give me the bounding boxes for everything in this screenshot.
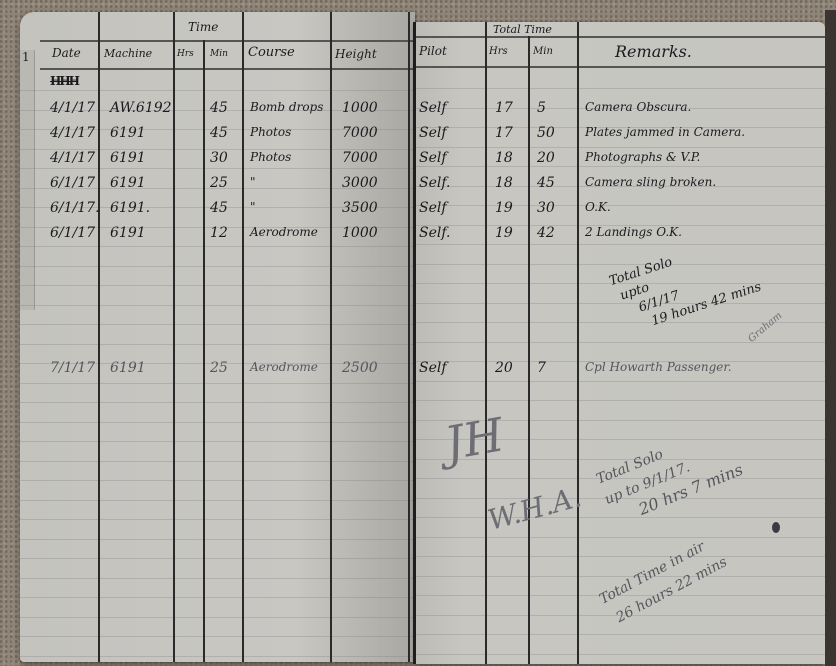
pencil-initials: Graham <box>746 310 784 345</box>
col-divider <box>528 36 530 664</box>
col-header-machine: Machine <box>104 47 152 60</box>
cell-remarks: Camera sling broken. <box>585 175 716 189</box>
ruled-line <box>20 500 415 501</box>
cell-min: 20 <box>537 150 555 166</box>
cell-height: 7000 <box>342 125 378 141</box>
cell-machine: AW.6192 <box>110 100 172 116</box>
cell-hrs: 18 <box>495 175 513 191</box>
header-line-top <box>40 40 415 42</box>
col-header-min: Min <box>210 49 228 59</box>
book-edge <box>825 10 836 666</box>
cell-machine: 6191 <box>110 225 146 241</box>
ruled-line <box>20 558 415 559</box>
ruled-line <box>20 344 415 345</box>
cell-course: Aerodrome <box>250 360 318 374</box>
cell-date: 4/1/17 <box>50 125 95 141</box>
ruled-line <box>20 422 415 423</box>
cell-remarks: O.K. <box>585 200 611 214</box>
cell-min: 45 <box>210 125 228 141</box>
col-header-date: Date <box>52 46 81 60</box>
ruled-line <box>415 556 825 557</box>
col-header-hrs: Hrs <box>489 46 508 57</box>
cell-min: 5 <box>537 100 546 116</box>
total-time-note: Total Time in air 26 hours 22 mins <box>595 529 732 632</box>
cell-machine: 6191 <box>110 125 146 141</box>
cell-remarks: Camera Obscura. <box>585 100 691 114</box>
cell-min: 25 <box>210 175 228 191</box>
cell-date: 4/1/17 <box>50 100 95 116</box>
col-divider <box>173 12 175 662</box>
cell-remarks: 2 Landings O.K. <box>585 225 682 239</box>
header-line-top <box>415 36 825 38</box>
col-header-pilot: Pilot <box>419 44 447 58</box>
cell-height: 2500 <box>342 360 378 376</box>
cell-height: 7000 <box>342 150 378 166</box>
cell-pilot: Self <box>419 150 447 166</box>
col-header-min: Min <box>533 46 553 57</box>
ruled-line <box>415 147 825 148</box>
cell-pilot: Self. <box>419 225 451 241</box>
ruled-line <box>415 244 825 245</box>
cell-machine: 6191 <box>110 150 146 166</box>
col-header-hrs: Hrs <box>177 49 194 59</box>
col-divider <box>203 40 205 662</box>
cell-min: 25 <box>210 360 228 376</box>
right-page: Total Time Pilot Hrs Min Remarks. Self17… <box>415 22 825 664</box>
book-gutter <box>413 22 416 664</box>
margin-mark: 1 <box>22 50 30 64</box>
ruled-line <box>20 324 415 325</box>
cell-course: Photos <box>250 125 291 139</box>
col-divider <box>330 12 332 662</box>
cell-machine: 6191 <box>110 175 146 191</box>
left-page: 1 Time Date Machine Hrs Min Course Heigh… <box>20 12 415 662</box>
ruled-line <box>415 342 825 343</box>
ruled-line <box>20 285 415 286</box>
cell-min: 30 <box>210 150 228 166</box>
cell-course: Aerodrome <box>250 225 318 239</box>
header-line-bottom <box>415 66 825 68</box>
cell-height: 3500 <box>342 200 378 216</box>
cell-min: 45 <box>210 200 228 216</box>
col-header-course: Course <box>248 45 295 60</box>
ruled-line <box>415 381 825 382</box>
col-header-height: Height <box>335 47 377 61</box>
ruled-line <box>20 636 415 637</box>
ruled-line <box>20 402 415 403</box>
tally-mark: HHH <box>50 74 78 88</box>
cell-remarks: Cpl Howarth Passenger. <box>585 360 732 374</box>
ruled-line <box>20 656 415 657</box>
ruled-line <box>415 654 825 655</box>
cell-hrs: 19 <box>495 225 513 241</box>
group-header-time: Time <box>188 20 218 34</box>
header-line-bottom <box>40 68 415 70</box>
cell-remarks: Photographs & V.P. <box>585 150 700 164</box>
page-margin-tab <box>20 50 35 310</box>
cell-hrs: 17 <box>495 125 513 141</box>
ruled-line <box>20 578 415 579</box>
ruled-line <box>20 461 415 462</box>
ruled-line <box>20 597 415 598</box>
col-divider <box>242 12 244 662</box>
ruled-line <box>415 264 825 265</box>
col-divider <box>577 22 579 664</box>
cell-hrs: 18 <box>495 150 513 166</box>
cell-date: 7/1/17 <box>50 360 95 376</box>
cell-machine: 6191. <box>110 200 150 216</box>
cell-course: " <box>250 200 256 214</box>
cell-min: 42 <box>537 225 555 241</box>
ruled-line <box>20 480 415 481</box>
cell-hrs: 20 <box>495 360 513 376</box>
ruled-line <box>415 537 825 538</box>
cell-height: 1000 <box>342 225 378 241</box>
ruled-line <box>20 539 415 540</box>
cell-date: 6/1/17 <box>50 175 95 191</box>
cell-date: 6/1/17 <box>50 225 95 241</box>
ruled-line <box>20 519 415 520</box>
ruled-line <box>415 205 825 206</box>
col-divider <box>408 12 410 662</box>
cell-min: 45 <box>537 175 555 191</box>
cell-hrs: 17 <box>495 100 513 116</box>
cell-min: 30 <box>537 200 555 216</box>
col-divider <box>98 12 100 662</box>
ruled-line <box>20 266 415 267</box>
cell-remarks: Plates jammed in Camera. <box>585 125 745 139</box>
ink-blot <box>772 522 780 533</box>
ruled-line <box>20 383 415 384</box>
signature-1: JH <box>441 407 508 470</box>
cell-date: 6/1/17. <box>50 200 100 216</box>
col-divider <box>485 22 487 664</box>
ruled-line <box>20 441 415 442</box>
cell-min: 50 <box>537 125 555 141</box>
cell-min: 45 <box>210 100 228 116</box>
ruled-line <box>20 168 415 169</box>
ruled-line <box>20 246 415 247</box>
cell-pilot: Self. <box>419 175 451 191</box>
ruled-line <box>415 166 825 167</box>
cell-machine: 6191 <box>110 360 146 376</box>
cell-min: 12 <box>210 225 228 241</box>
ruled-line <box>20 617 415 618</box>
ruled-line <box>20 305 415 306</box>
cell-min: 7 <box>537 360 546 376</box>
cell-height: 3000 <box>342 175 378 191</box>
cell-pilot: Self <box>419 200 447 216</box>
cell-course: " <box>250 175 256 189</box>
cell-height: 1000 <box>342 100 378 116</box>
col-header-remarks: Remarks. <box>615 42 692 61</box>
cell-hrs: 19 <box>495 200 513 216</box>
cell-pilot: Self <box>419 100 447 116</box>
ruled-line <box>415 634 825 635</box>
cell-pilot: Self <box>419 125 447 141</box>
ruled-line <box>415 88 825 89</box>
ruled-line <box>415 400 825 401</box>
cell-course: Bomb drops <box>250 100 323 114</box>
signature-2: W.H.A. <box>484 480 585 537</box>
cell-pilot: Self <box>419 360 447 376</box>
group-header-total-time: Total Time <box>493 23 552 36</box>
cell-course: Photos <box>250 150 291 164</box>
ruled-line <box>20 90 415 91</box>
cell-date: 4/1/17 <box>50 150 95 166</box>
solo-total-note-2: Total Solo up to 9/1/17. 20 hrs 7 mins <box>593 418 746 531</box>
